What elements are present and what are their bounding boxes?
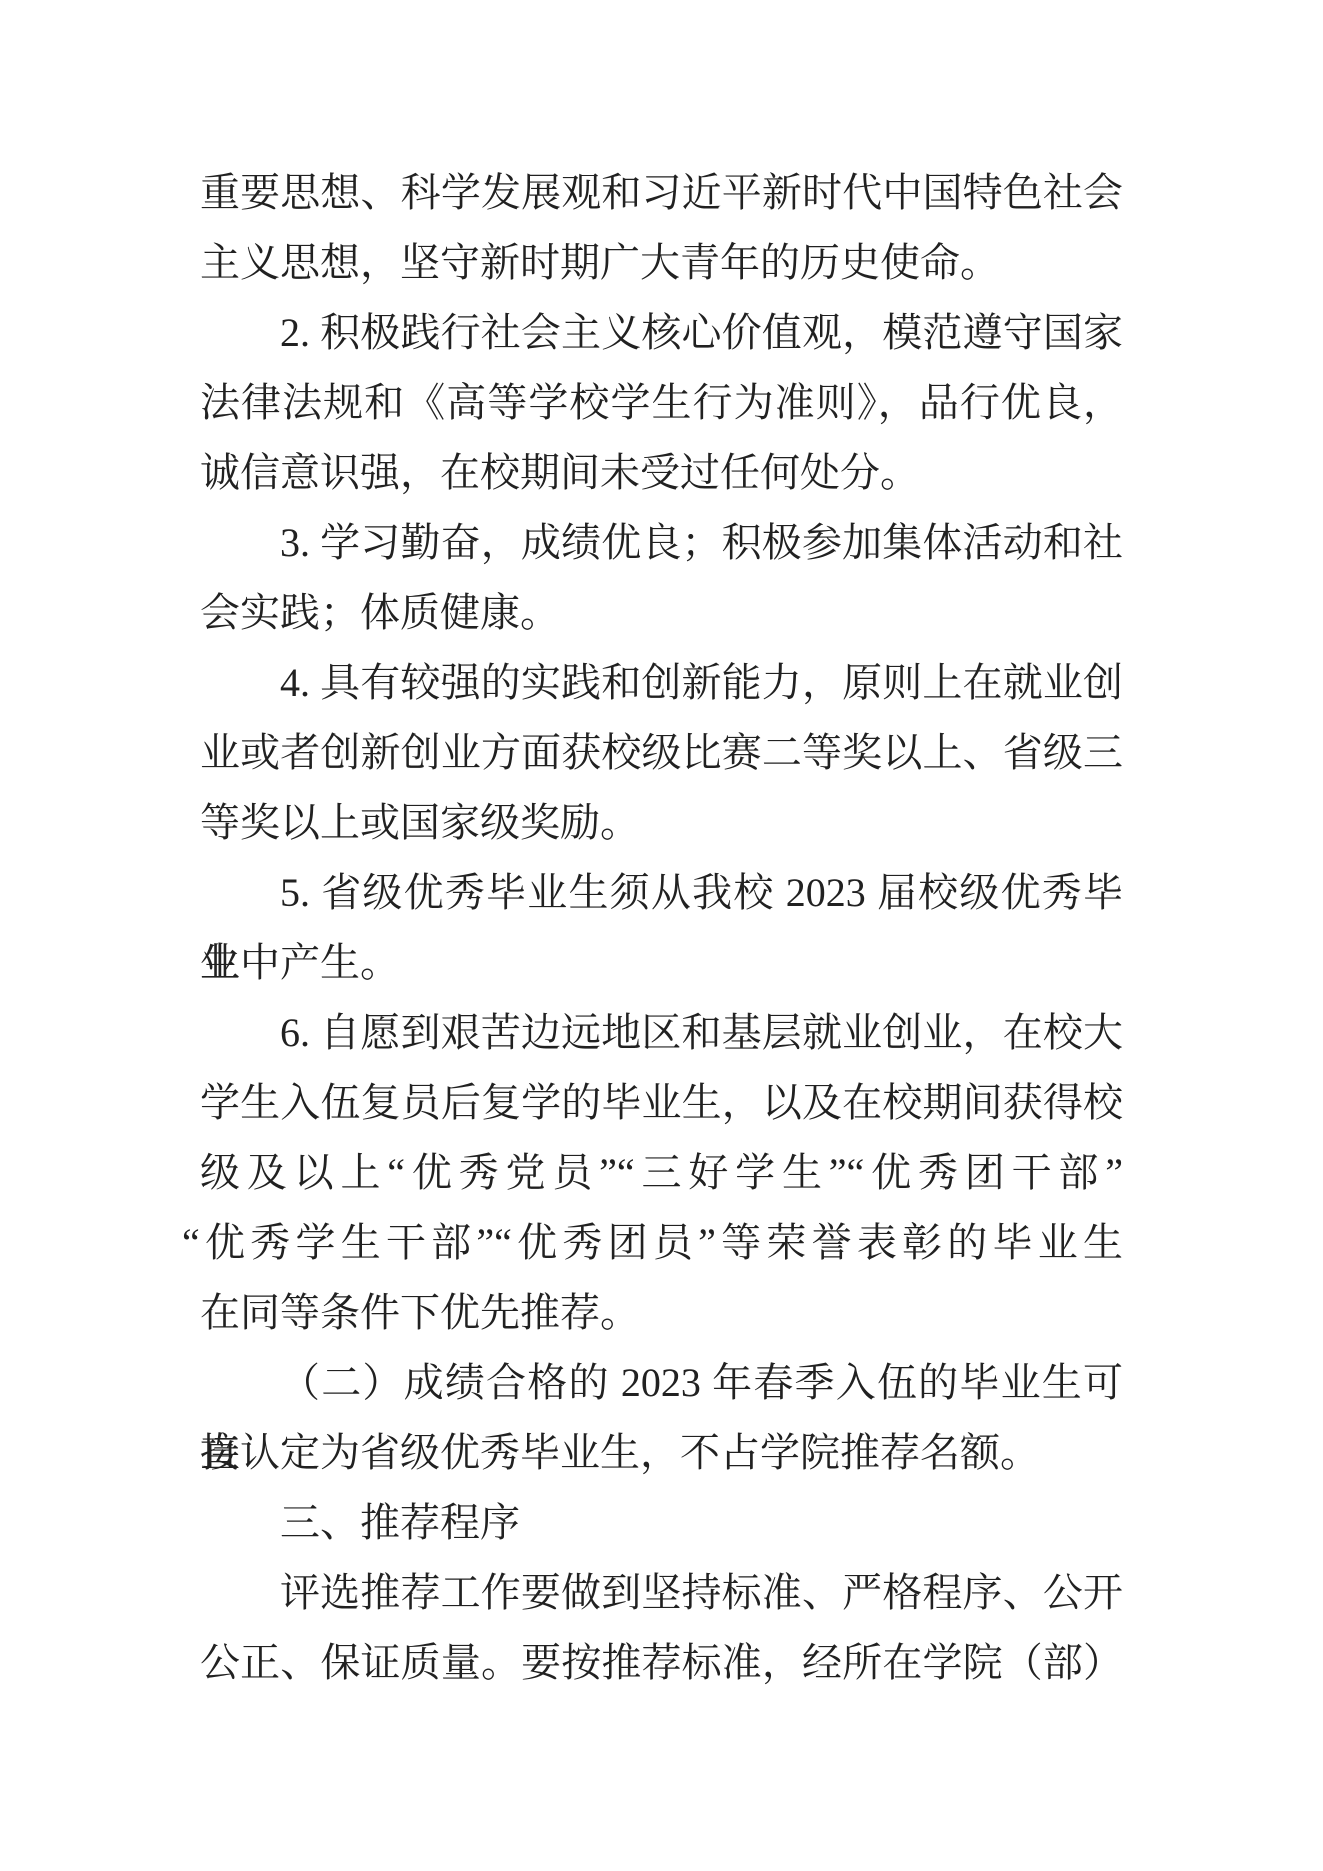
text-line: 2. 积极践行社会主义核心价值观，模范遵守国家: [200, 298, 1123, 368]
text-line: 重要思想、科学发展观和习近平新时代中国特色社会: [200, 158, 1123, 228]
text-line: 5. 省级优秀毕业生须从我校 2023 届校级优秀毕业: [200, 858, 1123, 928]
document-text: 重要思想、科学发展观和习近平新时代中国特色社会主义思想，坚守新时期广大青年的历史…: [200, 158, 1123, 1698]
document-page: 重要思想、科学发展观和习近平新时代中国特色社会主义思想，坚守新时期广大青年的历史…: [0, 0, 1323, 1871]
text-line: 评选推荐工作要做到坚持标准、严格程序、公开: [200, 1558, 1123, 1628]
text-line: 级及以上“优秀党员”“三好学生”“优秀团干部”: [200, 1138, 1123, 1208]
text-line: 在同等条件下优先推荐。: [200, 1278, 1123, 1348]
text-line: 学生入伍复员后复学的毕业生，以及在校期间获得校: [200, 1068, 1123, 1138]
text-line: 6. 自愿到艰苦边远地区和基层就业创业，在校大: [200, 998, 1123, 1068]
text-line: 业或者创新创业方面获校级比赛二等奖以上、省级三: [200, 718, 1123, 788]
text-line: 接认定为省级优秀毕业生，不占学院推荐名额。: [200, 1418, 1123, 1488]
text-line: 法律法规和《高等学校学生行为准则》，品行优良，: [200, 368, 1123, 438]
text-line: 诚信意识强，在校期间未受过任何处分。: [200, 438, 1123, 508]
text-line: 会实践；体质健康。: [200, 578, 1123, 648]
text-line: 3. 学习勤奋，成绩优良；积极参加集体活动和社: [200, 508, 1123, 578]
text-line: 等奖以上或国家级奖励。: [200, 788, 1123, 858]
text-line: （二）成绩合格的 2023 年春季入伍的毕业生可直: [200, 1348, 1123, 1418]
text-line: 4. 具有较强的实践和创新能力，原则上在就业创: [200, 648, 1123, 718]
text-line: 三、推荐程序: [200, 1488, 1123, 1558]
text-line: “优秀学生干部”“优秀团员”等荣誉表彰的毕业生: [200, 1208, 1123, 1278]
text-line: 生中产生。: [200, 928, 1123, 998]
text-line: 主义思想，坚守新时期广大青年的历史使命。: [200, 228, 1123, 298]
text-line: 公正、保证质量。要按推荐标准，经所在学院（部）: [200, 1628, 1123, 1698]
